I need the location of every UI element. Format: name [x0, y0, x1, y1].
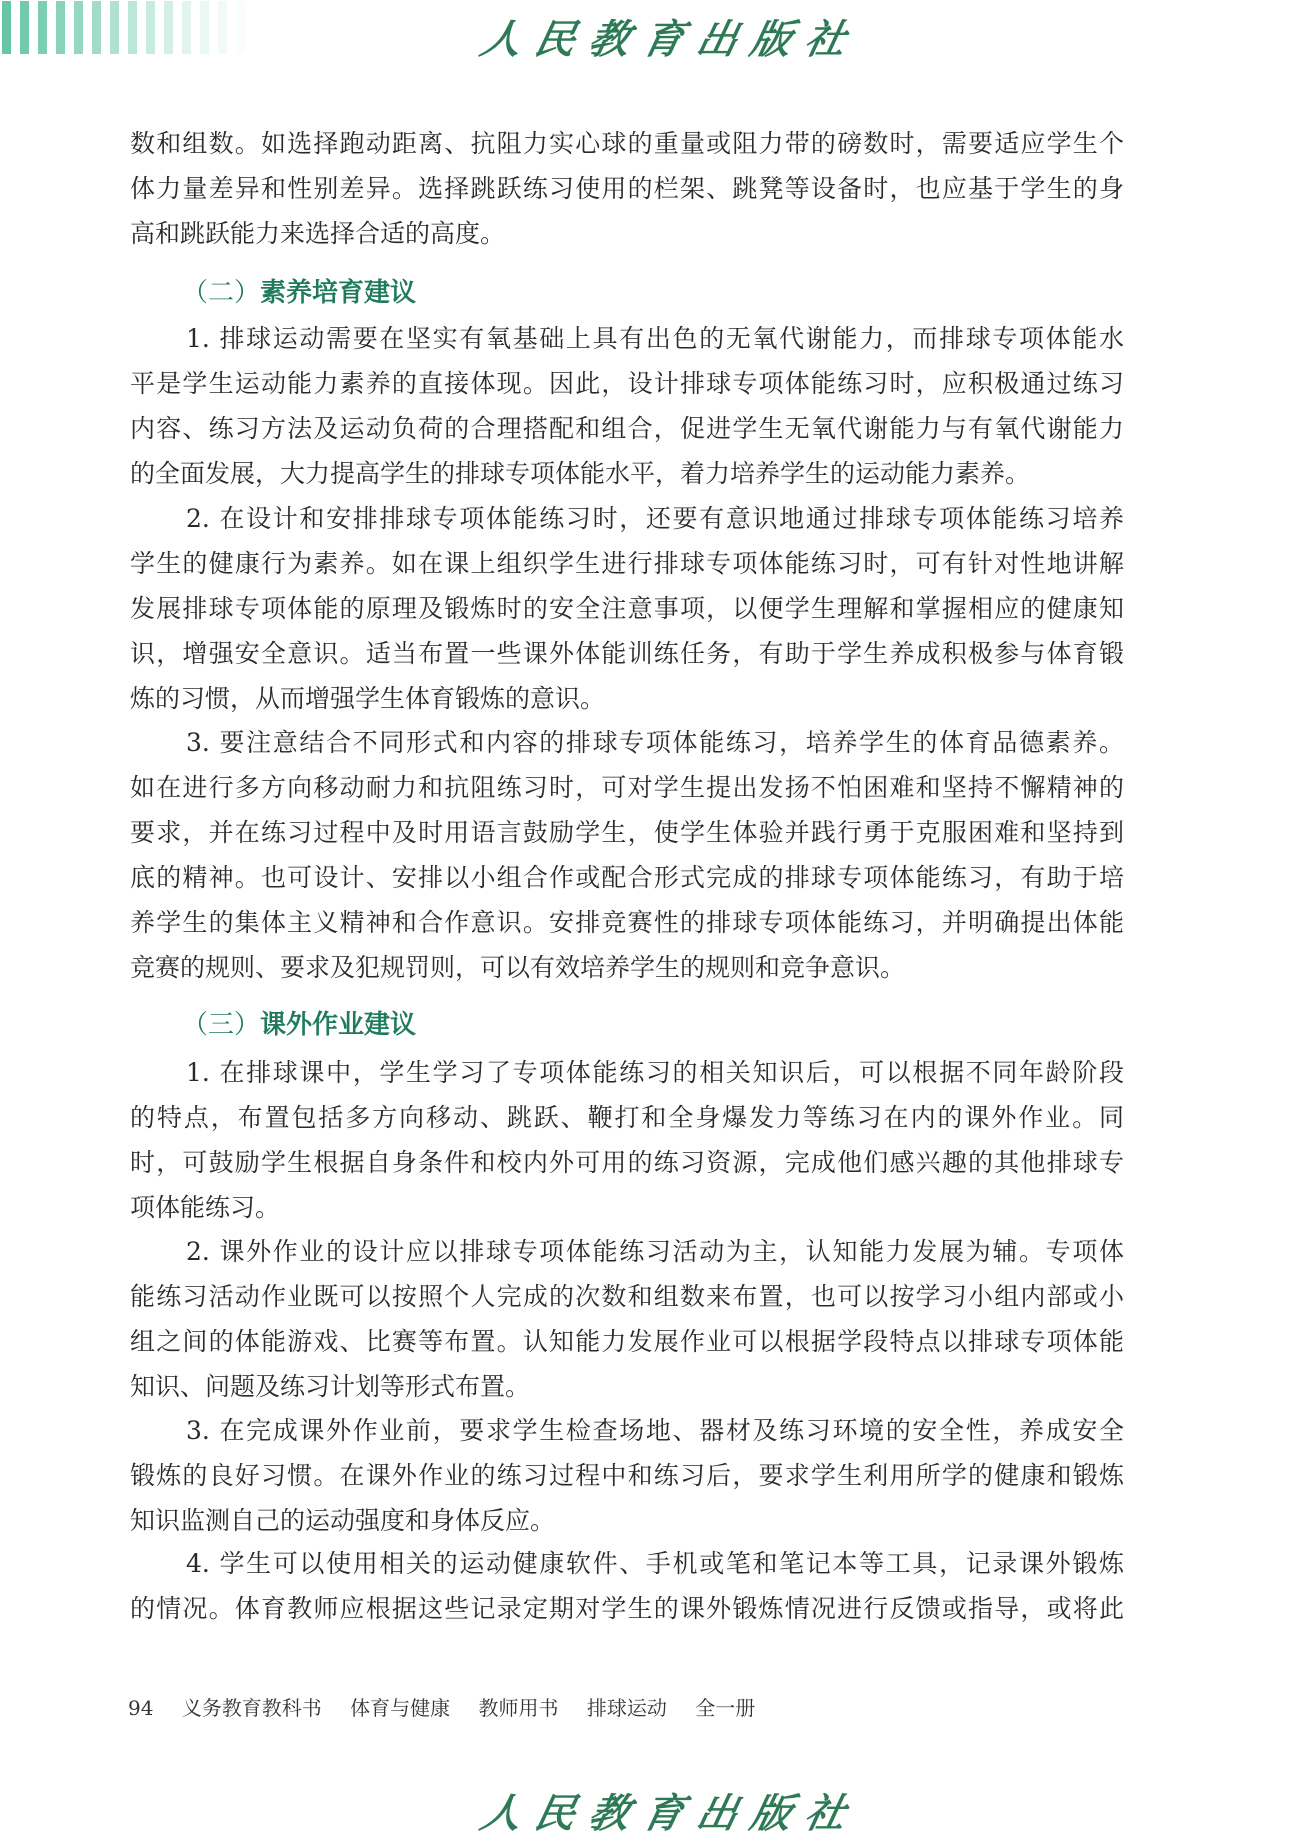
stripe	[110, 1, 119, 54]
section-heading-homework: （三）课外作业建议	[182, 1003, 416, 1048]
footer-series: 义务教育教科书	[182, 1696, 322, 1720]
body-line: 养学生的集体主义精神和合作意识。安排竞赛性的排球专项体能练习，并明确提出体能	[130, 900, 1124, 945]
paragraph-first-line: 1. 在排球课中，学生学习了专项体能练习的相关知识后，可以根据不同年龄阶段	[186, 1050, 1124, 1095]
body-line: 的特点，布置包括多方向移动、跳跃、鞭打和全身爆发力等练习在内的课外作业。同	[130, 1095, 1124, 1140]
stripe	[236, 1, 245, 54]
footer-book-type: 教师用书	[479, 1696, 559, 1720]
body-line: 知识监测自己的运动强度和身体反应。	[130, 1498, 1124, 1543]
stripe	[218, 1, 227, 54]
paragraph-first-line: 3. 在完成课外作业前，要求学生检查场地、器材及练习环境的安全性，养成安全	[186, 1408, 1124, 1453]
body-line: 内容、练习方法及运动负荷的合理搭配和组合，促进学生无氧代谢能力与有氧代谢能力	[130, 406, 1124, 451]
page-footer: 94 义务教育教科书 体育与健康 教师用书 排球运动 全一册	[128, 1694, 777, 1722]
paragraph-first-line: 3. 要注意结合不同形式和内容的排球专项体能练习，培养学生的体育品德素养。	[186, 720, 1124, 765]
heading-number: （二）	[182, 278, 260, 308]
body-line: 数和组数。如选择跑动距离、抗阻力实心球的重量或阻力带的磅数时，需要适应学生个	[130, 121, 1124, 166]
header-stripes-decoration	[2, 1, 245, 54]
stripe	[74, 1, 83, 54]
paragraph-first-line: 4. 学生可以使用相关的运动健康软件、手机或笔和笔记本等工具，记录课外锻炼	[186, 1541, 1124, 1586]
paragraph-first-line: 2. 在设计和安排排球专项体能练习时，还要有意识地通过排球专项体能练习培养	[186, 496, 1124, 541]
body-line: 体力量差异和性别差异。选择跳跃练习使用的栏架、跳凳等设备时，也应基于学生的身	[130, 166, 1124, 211]
paragraph-first-line: 1. 排球运动需要在坚实有氧基础上具有出色的无氧代谢能力，而排球专项体能水	[186, 316, 1124, 361]
body-line: 的情况。体育教师应根据这些记录定期对学生的课外锻炼情况进行反馈或指导，或将此	[130, 1586, 1124, 1631]
publisher-logo-bottom: 人民教育出版社	[476, 1782, 866, 1839]
stripe	[164, 1, 173, 54]
footer-topic: 排球运动	[587, 1696, 667, 1720]
footer-volume: 全一册	[695, 1696, 755, 1720]
heading-title: 素养培育建议	[260, 278, 416, 308]
publisher-logo-top: 人民教育出版社	[476, 8, 866, 65]
heading-number: （三）	[182, 1010, 260, 1040]
stripe	[182, 1, 191, 54]
body-line: 底的精神。也可设计、安排以小组合作或配合形式完成的排球专项体能练习，有助于培	[130, 855, 1124, 900]
body-line: 的全面发展，大力提高学生的排球专项体能水平，着力培养学生的运动能力素养。	[130, 451, 1124, 496]
page-number: 94	[128, 1696, 153, 1720]
body-line: 时，可鼓励学生根据自身条件和校内外可用的练习资源，完成他们感兴趣的其他排球专	[130, 1140, 1124, 1185]
stripe	[92, 1, 101, 54]
body-line: 发展排球专项体能的原理及锻炼时的安全注意事项，以便学生理解和掌握相应的健康知	[130, 586, 1124, 631]
stripe	[38, 1, 47, 54]
body-line: 识，增强安全意识。适当布置一些课外体能训练任务，有助于学生养成积极参与体育锻	[130, 631, 1124, 676]
stripe	[128, 1, 137, 54]
stripe	[2, 1, 11, 54]
body-line: 平是学生运动能力素养的直接体现。因此，设计排球专项体能练习时，应积极通过练习	[130, 361, 1124, 406]
body-line: 学生的健康行为素养。如在课上组织学生进行排球专项体能练习时，可有针对性地讲解	[130, 541, 1124, 586]
body-line: 高和跳跃能力来选择合适的高度。	[130, 211, 1124, 256]
stripe	[20, 1, 29, 54]
body-line: 要求，并在练习过程中及时用语言鼓励学生，使学生体验并践行勇于克服困难和坚持到	[130, 810, 1124, 855]
heading-title: 课外作业建议	[260, 1010, 416, 1040]
footer-subject: 体育与健康	[350, 1696, 450, 1720]
body-line: 项体能练习。	[130, 1185, 1124, 1230]
stripe	[56, 1, 65, 54]
body-line: 知识、问题及练习计划等形式布置。	[130, 1364, 1124, 1409]
body-line: 炼的习惯，从而增强学生体育锻炼的意识。	[130, 676, 1124, 721]
body-line: 竞赛的规则、要求及犯规罚则，可以有效培养学生的规则和竞争意识。	[130, 945, 1124, 990]
body-line: 如在进行多方向移动耐力和抗阻练习时，可对学生提出发扬不怕困难和坚持不懈精神的	[130, 765, 1124, 810]
paragraph-first-line: 2. 课外作业的设计应以排球专项体能练习活动为主，认知能力发展为辅。专项体	[186, 1229, 1124, 1274]
stripe	[200, 1, 209, 54]
body-line: 组之间的体能游戏、比赛等布置。认知能力发展作业可以根据学段特点以排球专项体能	[130, 1319, 1124, 1364]
stripe	[146, 1, 155, 54]
body-line: 锻炼的良好习惯。在课外作业的练习过程中和练习后，要求学生利用所学的健康和锻炼	[130, 1453, 1124, 1498]
body-line: 能练习活动作业既可以按照个人完成的次数和组数来布置，也可以按学习小组内部或小	[130, 1274, 1124, 1319]
section-heading-literacy: （二）素养培育建议	[182, 271, 416, 316]
